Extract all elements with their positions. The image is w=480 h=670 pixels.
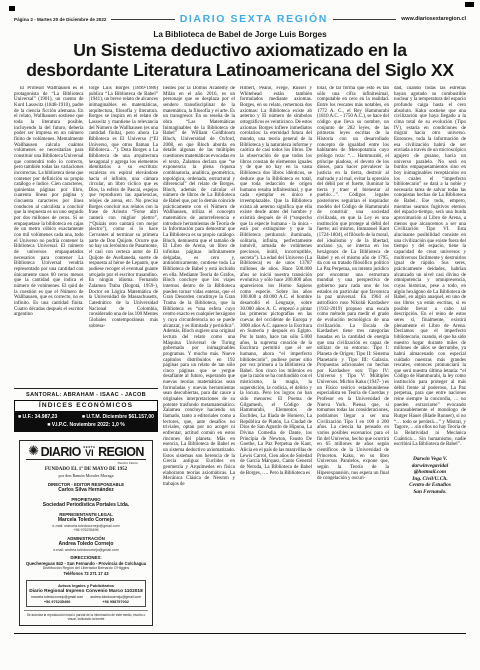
reproduction-notice: Se autoriza la reproducción total o parc… bbox=[24, 610, 148, 621]
ads-email-2: andrea.toledocornejo@gmail.com bbox=[90, 595, 141, 599]
ads-email-1: marcela.toledocornejo@gmail.com bbox=[31, 595, 83, 599]
ads-contacts: marcela.toledocornejo@gmail.com +56 9762… bbox=[29, 595, 143, 604]
admin-name: Andrea Toledo Cornejo bbox=[24, 541, 148, 547]
newspaper-page: Página 2 - Martes 20 de Diciembre de 202… bbox=[0, 0, 480, 670]
director-name: Carlos Silva Hernández bbox=[24, 487, 148, 493]
address-line-1: Quechereguas 842 - San Fernando - Provin… bbox=[24, 561, 148, 566]
phones-line: Teléfonos 72 271 17 43 bbox=[24, 571, 148, 576]
ads-phone-2: +56 958797002 bbox=[90, 600, 141, 604]
legal-rep-email: e-mail: marcela.toledocornejo@gmail.com bbox=[24, 524, 148, 528]
admin-email: e-mail: andrea.toledocornejo@gmail.com bbox=[24, 548, 148, 552]
ads-phone-1: +56 976235496 bbox=[31, 600, 83, 604]
indices-title: ÍNDICES ECONÓMICOS bbox=[15, 401, 157, 412]
utm-value: ■ U.T.M. Diciembre $61.157,00 bbox=[82, 414, 154, 420]
address-line-2: Distribución Región del Libertador Berna… bbox=[24, 566, 148, 570]
website-url: www.diariosextaregion.cl bbox=[401, 16, 466, 22]
article-column-5: total, de tal forma que esto es tan sólo… bbox=[317, 86, 389, 624]
indices-values: ■ U.F.: 34.987,23 ■ U.T.M. Diciembre $61… bbox=[15, 412, 157, 432]
author-org-1: Centro de Estudios bbox=[394, 482, 466, 489]
legal-rep-name: Marcela Toledo Cornejo bbox=[24, 517, 148, 523]
page-date-info: Página 2 - Martes 20 de Diciembre de 202… bbox=[14, 17, 106, 22]
columns-1-2: El Profesor Wallhausen es el protagonist… bbox=[14, 86, 158, 382]
article-body: El Profesor Wallhausen es el protagonist… bbox=[14, 86, 466, 626]
article-headline: Un Sistema deductivo axiomatizado en la … bbox=[14, 41, 466, 80]
ads-contact-2: andrea.toledocornejo@gmail.com +56 95879… bbox=[90, 595, 141, 604]
santoral-line: SANTORAL: ABRAHAM - ISAAC - JACOB bbox=[14, 388, 158, 400]
owner-name: Sociedad Periodística Portales Ltda. bbox=[24, 502, 148, 508]
ads-contact-1: marcela.toledocornejo@gmail.com +56 9762… bbox=[31, 595, 83, 604]
ink-splat-icon: ✺ bbox=[28, 446, 39, 458]
addresses-label: DIRECCIONES: bbox=[24, 555, 148, 560]
author-email-domain: @hotmail.com bbox=[394, 469, 466, 476]
logo-word-region: REGION bbox=[98, 446, 144, 458]
author-signature: Darwin Vega V. darwinvegavidal @hotmail.… bbox=[394, 456, 466, 496]
author-title: Ing. Civil/U.Ch. bbox=[394, 476, 466, 483]
sidebar: SANTORAL: ABRAHAM - ISAAC - JACOB ÍNDICE… bbox=[14, 388, 158, 626]
logo-vi: VI bbox=[85, 449, 94, 458]
founder-line: por don Ramón Morales Moraga bbox=[24, 473, 148, 478]
author-org-2: San Fernando. bbox=[394, 489, 466, 496]
author-email-user: darwinvegavidal bbox=[394, 463, 466, 470]
header-rule-left bbox=[111, 19, 174, 20]
header-rule-right bbox=[333, 19, 396, 20]
legal-rep-label: REPRESENTANTE LEGAL bbox=[24, 512, 148, 517]
article-column-1: El Profesor Wallhausen es el protagonist… bbox=[14, 86, 84, 382]
column-6-text: dad, cuando todas las estrellas hayan ag… bbox=[394, 86, 466, 447]
founded-line: FUNDADO EL 1º DE MAYO DE 1952 bbox=[24, 467, 148, 472]
ipc-value: ■ V.I.P.C. Noviembre 2022: 1,0 % bbox=[18, 422, 154, 428]
masthead-box: ✺ DIARIO SEXTA VI REGION Nuestro Diario … bbox=[19, 440, 153, 626]
crop-mark bbox=[465, 2, 474, 7]
logo-stack: SEXTA VI bbox=[83, 446, 95, 458]
crop-mark bbox=[9, 6, 15, 11]
director-label: DIRECTOR - EDITOR RESPONSABLE bbox=[24, 482, 148, 487]
article-column-2: Jorge Luis Borges (1899-1986) publica “L… bbox=[89, 86, 159, 382]
article-kicker: La Biblioteca de Babel de Jorge Luis Bor… bbox=[14, 30, 466, 39]
author-name: Darwin Vega V. bbox=[394, 456, 466, 463]
ads-agreement-line: Diario Regional Impreso Convenio Marco 1… bbox=[29, 589, 143, 594]
article-column-6: dad, cuando todas las estrellas hayan ag… bbox=[394, 86, 466, 624]
left-column-group: El Profesor Wallhausen es el protagonist… bbox=[14, 86, 158, 626]
logo-tagline: Nuestro Diario bbox=[24, 461, 138, 465]
admin-label: ADMINISTRACIÓN bbox=[24, 536, 148, 541]
uf-value: ■ U.F.: 34.987,23 bbox=[18, 414, 57, 420]
economic-indices-box: ÍNDICES ECONÓMICOS ■ U.F.: 34.987,23 ■ U… bbox=[14, 400, 158, 433]
owner-label: PROPIETARIO bbox=[24, 497, 148, 502]
page-header: Página 2 - Martes 20 de Diciembre de 202… bbox=[14, 13, 466, 25]
article-column-4: Hilbert, Peano, Frege, Russel y Whitehea… bbox=[240, 86, 312, 624]
article-column-3: lientes por la Domus Academy de Milán en… bbox=[163, 86, 235, 624]
legal-ads-box: Avisos legales y Publicitarios Diario Re… bbox=[26, 580, 146, 608]
footer-rule bbox=[14, 633, 466, 634]
newspaper-brand: DIARIO SEXTA REGIÓN bbox=[180, 13, 328, 25]
indices-row-1: ■ U.F.: 34.987,23 ■ U.T.M. Diciembre $61… bbox=[18, 414, 154, 420]
newspaper-logo: ✺ DIARIO SEXTA VI REGION bbox=[26, 446, 146, 460]
headline-line-2: desbordante Literatura Latinoamericana d… bbox=[14, 61, 466, 81]
ads-title: Avisos legales y Publicitarios bbox=[29, 583, 143, 588]
logo-word-diario: DIARIO bbox=[41, 446, 81, 458]
headline-line-1: Un Sistema deductivo axiomatizado en la bbox=[14, 41, 466, 61]
legal-rep-phone: +56 976235496 bbox=[24, 528, 148, 532]
